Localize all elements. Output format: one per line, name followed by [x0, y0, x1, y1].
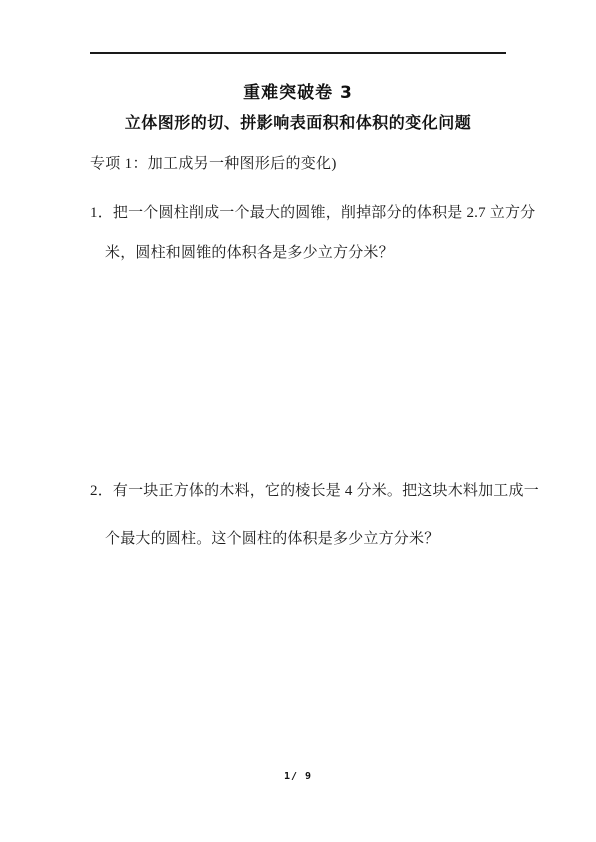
- question-1-line-1: 1．把一个圆柱削成一个最大的圆锥，削掉部分的体积是 2.7 立方分: [90, 201, 535, 222]
- question-1-line-2: 米，圆柱和圆锥的体积各是多少立方分米？: [105, 241, 394, 262]
- header-divider: [90, 52, 506, 54]
- section-heading: 专项 1：加工成另一种图形后的变化): [90, 152, 337, 173]
- question-2-line-2: 个最大的圆柱。这个圆柱的体积是多少立方分米？: [105, 527, 439, 548]
- page-subtitle: 立体图形的切、拼影响表面积和体积的变化问题: [0, 110, 596, 133]
- worksheet-page: 重难突破卷 3 立体图形的切、拼影响表面积和体积的变化问题 专项 1：加工成另一…: [0, 0, 596, 842]
- page-number: 1/ 9: [0, 771, 596, 782]
- question-2-line-1: 2．有一块正方体的木料，它的棱长是 4 分米。把这块木料加工成一: [90, 479, 539, 500]
- page-title: 重难突破卷 3: [0, 78, 596, 103]
